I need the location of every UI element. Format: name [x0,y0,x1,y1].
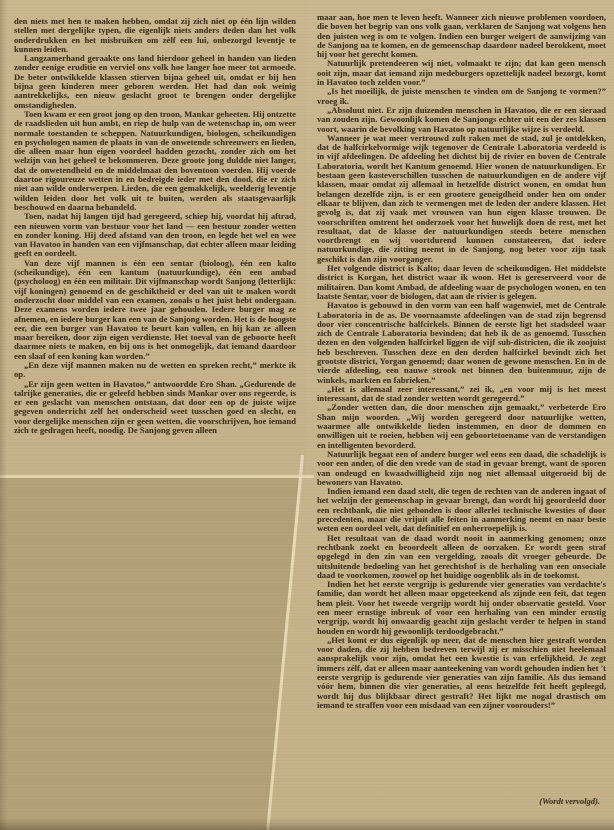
scan-bottom-shade [0,817,614,830]
paragraph: „Is het moeilijk, de juiste menschen te … [317,87,606,106]
paragraph: Indien iemand een daad stelt, die tegen … [317,487,606,533]
paragraph: Het volgende district is Kalto; daar lev… [317,264,606,301]
scan-left-shade [0,0,7,830]
paragraph: „Er zijn geen wetten in Havatoo,” antwoo… [14,380,296,436]
paragraph: Natuurlijk begaat een of andere burger w… [317,450,606,487]
left-text-column: den niets met hen te maken hebben, omdat… [0,0,306,477]
paragraph: Indien het het eerste vergrijp is gedure… [317,580,606,636]
scanned-newspaper-page: maar aan, hoe men te leven heeft. Wannee… [0,0,614,830]
paragraph: Langzamerhand geraakte ons land hierdoor… [14,54,296,110]
paragraph: Wanneer je wat meer vertrouwd zult raken… [317,134,606,264]
paragraph: Van deze vijf mannen is één een sentar (… [14,259,296,361]
paragraph: maar aan, hoe men te leven heeft. Wannee… [317,13,606,59]
paragraph: Havatoo is gebouwd in den vorm van een h… [317,301,606,385]
paragraph: Toen, nadat hij langen tijd had geregeer… [14,212,296,258]
continuation-notice: (Wordt vervolgd). [539,796,600,806]
paragraph: den niets met hen te maken hebben, omdat… [14,17,296,54]
right-text-column: maar aan, hoe men te leven heeft. Wannee… [260,0,614,830]
paragraph: Het resultaat van de daad wordt nooit in… [317,534,606,580]
paragraph: „Het is allemaal zeer interessant,” zei … [317,385,606,404]
paragraph: „En deze vijf mannen maken nu de wetten … [14,361,296,380]
paragraph: Toen kwam er een groot jong op den troon… [14,110,296,212]
paragraph: „Absoluut niet. Er zijn duizenden mensch… [317,106,606,134]
paragraph: Natuurlijk pretendeeren wij niet, volmaa… [317,59,606,87]
clipping-cut-edge-horizontal [0,475,314,478]
paragraph: „Het komt er dus eigenlijk op neer, dat … [317,636,606,710]
paragraph: „Zonder wetten dan, die door menschen zi… [317,403,606,449]
